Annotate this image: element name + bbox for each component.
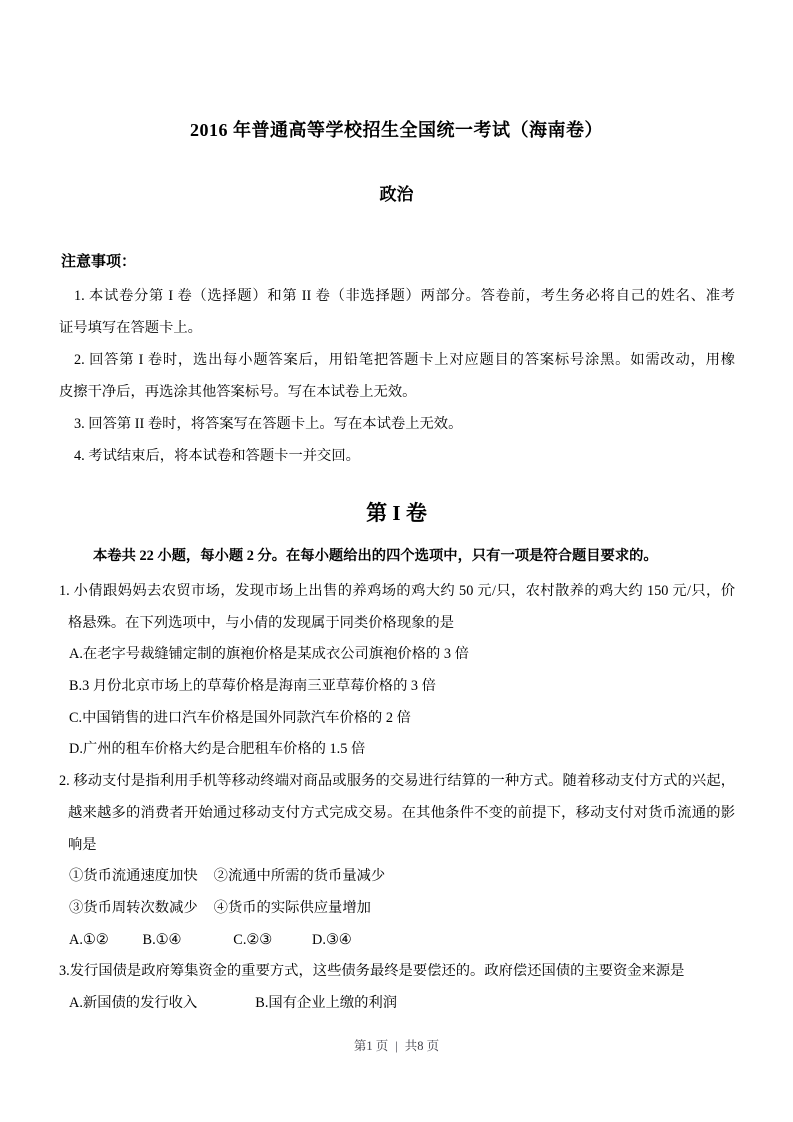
question-1-line-1: 1. 小倩跟妈妈去农贸市场，发现市场上出售的养鸡场的鸡大约 50 元/只，农村散… bbox=[59, 576, 735, 608]
notice-line-3: 3. 回答第 II 卷时，将答案写在答题卡上。写在本试卷上无效。 bbox=[59, 408, 735, 440]
notice-heading: 注意事项： bbox=[61, 251, 136, 273]
question-2-item-3: ③货币周转次数减少 bbox=[69, 893, 198, 925]
footer-total-pages: 共8 页 bbox=[405, 1039, 439, 1053]
notice-line-1: 1. 本试卷分第 I 卷（选择题）和第 II 卷（非选择题）两部分。答卷前，考生… bbox=[59, 280, 735, 312]
question-3-options-row: A.新国债的发行收入B.国有企业上缴的利润 bbox=[59, 988, 735, 1020]
question-2-items-row-1: ①货币流通速度加快②流通中所需的货币量减少 bbox=[59, 861, 735, 893]
question-3-option-a: A.新国债的发行收入 bbox=[69, 988, 197, 1020]
question-2-choice-b: B.①④ bbox=[143, 925, 182, 957]
notice-line-4: 4. 考试结束后，将本试卷和答题卡一并交回。 bbox=[59, 440, 735, 472]
question-2-item-4: ④货币的实际供应量增加 bbox=[214, 893, 371, 925]
question-2-choice-c: C.②③ bbox=[233, 925, 272, 957]
question-1-line-2: 格悬殊。在下列选项中，与小倩的发现属于同类价格现象的是 bbox=[59, 608, 735, 640]
section-instruction: 本卷共 22 小题，每小题 2 分。在每小题给出的四个选项中，只有一项是符合题目… bbox=[59, 540, 735, 572]
question-1-option-a: A.在老字号裁缝铺定制的旗袍价格是某成衣公司旗袍价格的 3 倍 bbox=[59, 639, 735, 671]
notice-section: 1. 本试卷分第 I 卷（选择题）和第 II 卷（非选择题）两部分。答卷前，考生… bbox=[59, 280, 735, 472]
notice-line-2: 2. 回答第 I 卷时，选出每小题答案后，用铅笔把答题卡上对应题目的答案标号涂黑… bbox=[59, 344, 735, 376]
question-1-option-d: D.广州的租车价格大约是合肥租车价格的 1.5 倍 bbox=[59, 734, 735, 766]
page-footer: 第1 页|共8 页 bbox=[0, 1036, 793, 1056]
question-1-option-c: C.中国销售的进口汽车价格是国外同款汽车价格的 2 倍 bbox=[59, 703, 735, 735]
footer-separator: | bbox=[395, 1039, 398, 1053]
question-1-option-b: B.3 月份北京市场上的草莓价格是海南三亚草莓价格的 3 倍 bbox=[59, 671, 735, 703]
question-3-line-1: 3.发行国债是政府筹集资金的重要方式，这些债务最终是要偿还的。政府偿还国债的主要… bbox=[59, 956, 735, 988]
question-2-choice-d: D.③④ bbox=[312, 925, 352, 957]
notice-line-1-cont: 证号填写在答题卡上。 bbox=[59, 312, 735, 344]
question-2-item-1: ①货币流通速度加快 bbox=[69, 861, 198, 893]
question-2-line-3: 响是 bbox=[59, 830, 735, 862]
question-2-choice-a: A.①② bbox=[69, 925, 109, 957]
notice-line-2-cont: 皮擦干净后，再选涂其他答案标号。写在本试卷上无效。 bbox=[59, 376, 735, 408]
question-2-item-2: ②流通中所需的货币量减少 bbox=[214, 861, 386, 893]
question-3-option-b: B.国有企业上缴的利润 bbox=[255, 988, 397, 1020]
exam-title: 2016 年普通高等学校招生全国统一考试（海南卷） bbox=[0, 118, 793, 142]
exam-page: 2016 年普通高等学校招生全国统一考试（海南卷） 政治 注意事项： 1. 本试… bbox=[0, 0, 793, 1122]
exam-subject: 政治 bbox=[0, 184, 793, 206]
question-2-items-row-2: ③货币周转次数减少④货币的实际供应量增加 bbox=[59, 893, 735, 925]
footer-page-number: 第1 页 bbox=[354, 1039, 388, 1053]
section-heading: 第 I 卷 bbox=[0, 498, 793, 528]
question-2-line-1: 2. 移动支付是指利用手机等移动终端对商品或服务的交易进行结算的一种方式。随着移… bbox=[59, 766, 735, 798]
question-2-choices-row: A.①②B.①④C.②③D.③④ bbox=[59, 925, 735, 957]
question-2-line-2: 越来越多的消费者开始通过移动支付方式完成交易。在其他条件不变的前提下，移动支付对… bbox=[59, 798, 735, 830]
questions-area: 1. 小倩跟妈妈去农贸市场，发现市场上出售的养鸡场的鸡大约 50 元/只，农村散… bbox=[59, 576, 735, 1020]
